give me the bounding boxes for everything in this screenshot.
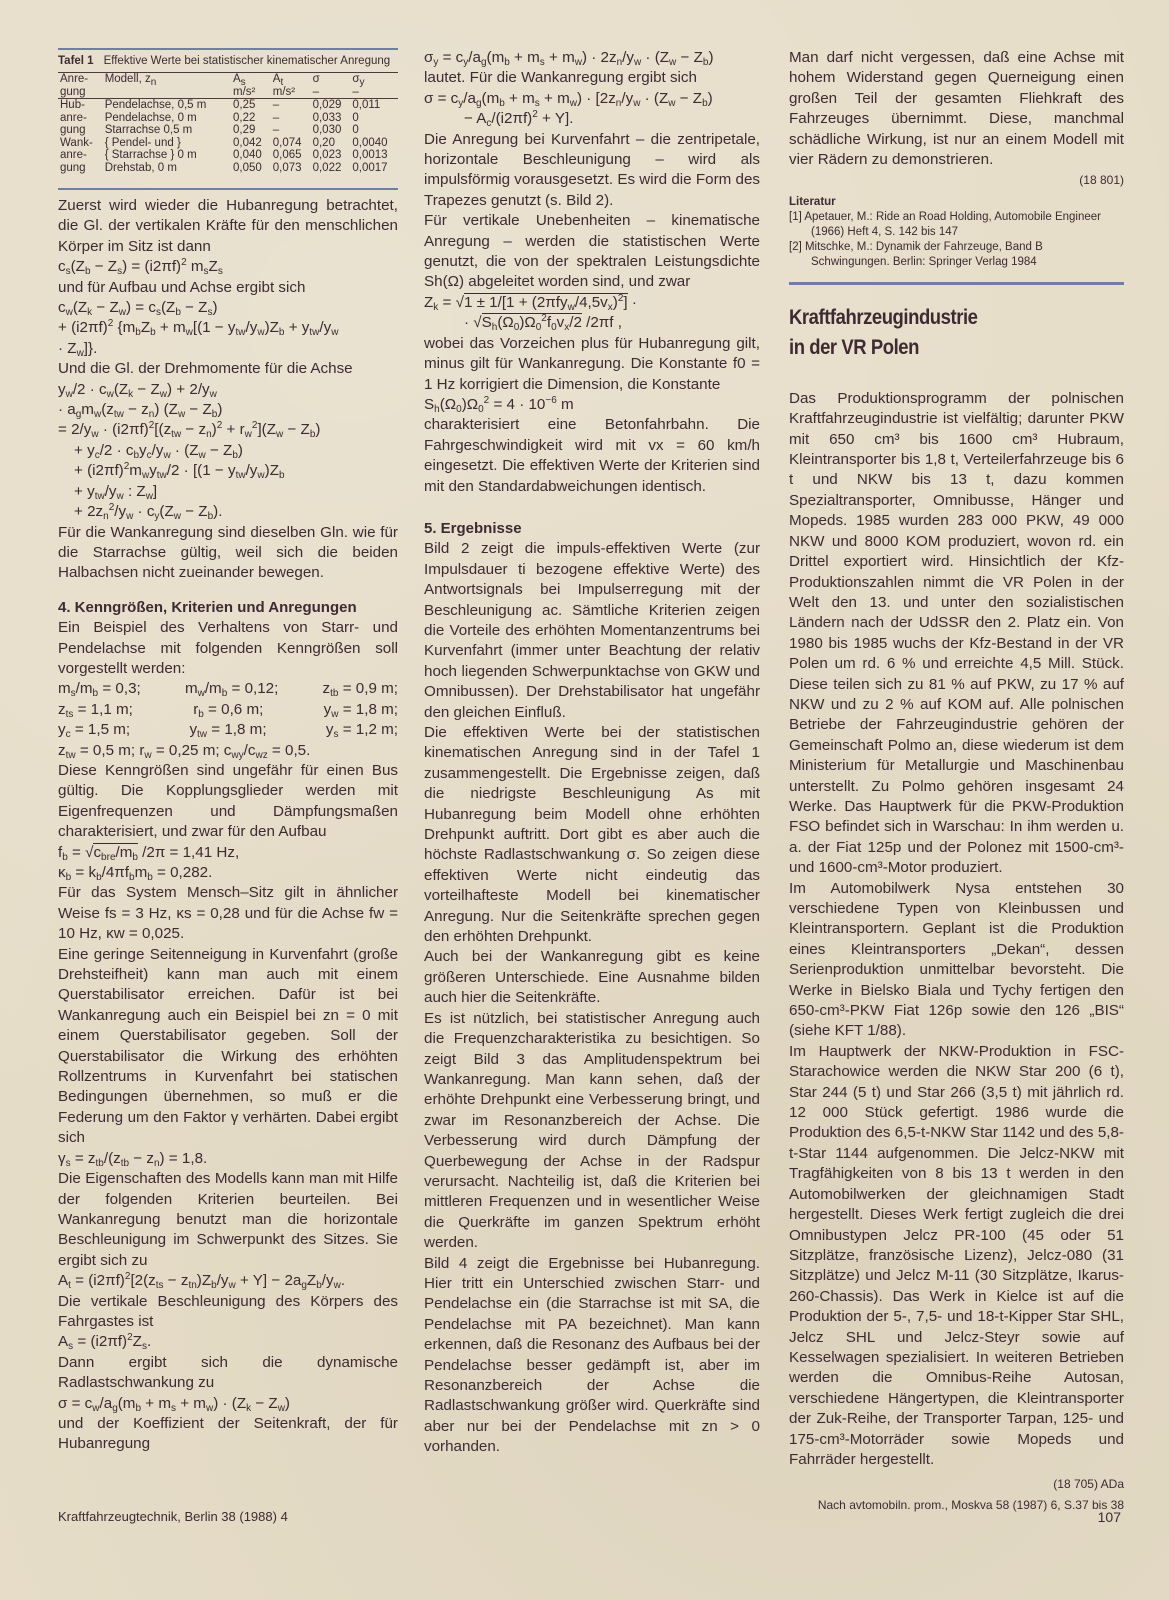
equation: · agmw(ztw − zn) (Zw − Zb) xyxy=(58,400,398,420)
paragraph: und der Koeffizient der Seitenkraft, der… xyxy=(58,1414,398,1455)
equation: At = (i2πf)2[2(zts − ztn)Zb/yw + Y] − 2a… xyxy=(58,1271,398,1291)
column-2: σy = cy/ag(mb + ms + mw) · 2zn/yw · (Zw … xyxy=(424,48,760,1458)
equation: Zk = √1 ± 1/[1 + (2πfyw/4,5vx)2] · xyxy=(424,293,760,313)
equation: · Zw]}. xyxy=(58,339,398,359)
equation: − Ac/(i2πf)2 + Y]. xyxy=(424,109,760,129)
paragraph: Die effektiven Werte bei der statistisch… xyxy=(424,723,760,947)
article-code: (18 801) xyxy=(789,170,1124,190)
paragraph: Dann ergibt sich die dynamische Radlasts… xyxy=(58,1353,398,1394)
paragraph: Auch bei der Wankanregung gibt es keine … xyxy=(424,947,760,1008)
equation: σ = cy/ag(mb + ms + mw) · [2zn/yw · (Zw … xyxy=(424,89,760,109)
paragraph: Die Anregung bei Kurvenfahrt – die zentr… xyxy=(424,130,760,212)
parameter-row: zts = 1,1 m;rb = 0,6 m;yw = 1,8 m; xyxy=(58,700,398,720)
article-headline: Kraftfahrzeugindustrie in der VR Polen xyxy=(789,303,1084,363)
paragraph: Bild 4 zeigt die Ergebnisse bei Hubanreg… xyxy=(424,1254,760,1458)
equation: cw(Zk − Zw) = cs(Zb − Zs) xyxy=(58,298,398,318)
parameter-row: ztw = 0,5 m; rw = 0,25 m; cwy/cwz = 0,5. xyxy=(58,741,398,761)
equation: κb = kb/4πfbmb = 0,282. xyxy=(58,863,398,883)
reference-item: [2] Mitschke, M.: Dynamik der Fahrzeuge,… xyxy=(789,240,1124,270)
paragraph: Für das System Mensch–Sitz gilt in ähnli… xyxy=(58,883,398,944)
table-row: Hub- Pendelachse, 0,5 m 0,25 – 0,029 0,0… xyxy=(58,99,398,112)
table-row: anre- { Starrachse } 0 m 0,040 0,065 0,0… xyxy=(58,149,398,162)
reference-item: [1] Apetauer, M.: Ride an Road Holding, … xyxy=(789,210,1124,240)
equation: σ = cw/ag(mb + ms + mw) · (Zk − Zw) xyxy=(58,1394,398,1414)
section-5-heading: 5. Ergebnisse xyxy=(424,519,760,539)
table-bottom-rule xyxy=(58,188,398,190)
paragraph: charakterisiert eine Betonfahrbahn. Die … xyxy=(424,415,760,497)
paragraph: Ein Beispiel des Verhaltens von Starr- u… xyxy=(58,618,398,679)
table-label: Tafel 1 xyxy=(58,54,94,68)
equation: + yc/2 · cbyc/yw · (Zw − Zb) xyxy=(58,441,398,461)
equation: · √Sh(Ω0)Ω02f0vx/2 /2πf , xyxy=(424,313,760,333)
equation: Sh(Ω0)Ω02 = 4 · 10−6 m xyxy=(424,395,760,415)
table-row: Wank- { Pendel- und } 0,042 0,074 0,20 0… xyxy=(58,137,398,150)
paragraph: Im Automobilwerk Nysa entstehen 30 versc… xyxy=(789,879,1124,1042)
equation: + (i2πf)2 {mbZb + mw[(1 − ytw/yw)Zb + yt… xyxy=(58,318,398,338)
paragraph: Für vertikale Unebenheiten – kinematisch… xyxy=(424,211,760,293)
references: Literatur [1] Apetauer, M.: Ride an Road… xyxy=(789,195,1124,270)
article-divider xyxy=(789,282,1124,285)
equation: + ytw/yw : Zw] xyxy=(58,482,398,502)
paragraph: lautet. Für die Wankanregung ergibt sich xyxy=(424,68,760,88)
paragraph: Zuerst wird wieder die Hubanregung betra… xyxy=(58,196,398,257)
table-row: anre- Pendelachse, 0 m 0,22 – 0,033 0 xyxy=(58,112,398,125)
journal-footer: Kraftfahrzeugtechnik, Berlin 38 (1988) 4 xyxy=(58,1509,288,1524)
paragraph: Bild 2 zeigt die impuls-effektiven Werte… xyxy=(424,539,760,723)
article-code: (18 705) ADa xyxy=(789,1474,1124,1494)
page-number: 107 xyxy=(1098,1509,1121,1525)
paragraph: Es ist nützlich, bei statistischer Anreg… xyxy=(424,1009,760,1254)
parameter-row: ms/mb = 0,3;mw/mb = 0,12;ztb = 0,9 m; xyxy=(58,679,398,699)
paragraph: wobei das Vorzeichen plus für Hubanregun… xyxy=(424,334,760,395)
equation: σy = cy/ag(mb + ms + mw) · 2zn/yw · (Zw … xyxy=(424,48,760,68)
equation: = 2/yw · (i2πf)2[(ztw − zn)2 + rw2](Zw −… xyxy=(58,420,398,440)
section-4-heading: 4. Kenngrößen, Kriterien und Anregungen xyxy=(58,598,398,618)
references-title: Literatur xyxy=(789,195,1124,210)
paragraph: Und die Gl. der Drehmomente für die Achs… xyxy=(58,359,398,379)
paragraph: Für die Wankanregung sind dieselben Gln.… xyxy=(58,523,398,584)
source-citation: Nach avtomobiln. prom., Moskva 58 (1987)… xyxy=(789,1495,1124,1515)
paragraph: Die Eigenschaften des Modells kann man m… xyxy=(58,1169,398,1271)
column-3: Man darf nicht vergessen, daß eine Achse… xyxy=(789,48,1124,1515)
paragraph: Im Hauptwerk der NKW-Produktion in FSC-S… xyxy=(789,1042,1124,1471)
equation: As = (i2πf)2Zs. xyxy=(58,1332,398,1352)
equation: fb = √cbre/mb /2π = 1,41 Hz, xyxy=(58,843,398,863)
equation: + 2zn2/yw · cy(Zw − Zb). xyxy=(58,502,398,522)
table-row: gung Drehstab, 0 m 0,050 0,073 0,022 0,0… xyxy=(58,162,398,175)
table-title: Effektive Werte bei statistischer kinema… xyxy=(104,54,391,68)
equation: + (i2πf)2mwytw/2 · [(1 − ytw/yw)Zb xyxy=(58,461,398,481)
equation: cs(Zb − Zs) = (i2πf)2 msZs xyxy=(58,257,398,277)
parameter-row: yc = 1,5 m;ytw = 1,8 m;ys = 1,2 m; xyxy=(58,720,398,740)
equation: γs = ztb/(ztb − zn) = 1,8. xyxy=(58,1149,398,1169)
table-caption: Tafel 1 Effektive Werte bei statistische… xyxy=(58,50,398,72)
paragraph: Man darf nicht vergessen, daß eine Achse… xyxy=(789,48,1124,170)
table-1: Anre-gung Modell, zn Asm/s² Atm/s² σ– σy… xyxy=(58,73,398,174)
paragraph: Das Produktionsprogramm der polnischen K… xyxy=(789,389,1124,879)
column-1: Tafel 1 Effektive Werte bei statistische… xyxy=(58,48,398,1455)
paragraph: Diese Kenngrößen sind ungefähr für einen… xyxy=(58,761,398,843)
paragraph: Die vertikale Beschleunigung des Körpers… xyxy=(58,1292,398,1333)
table-row: gung Starrachse 0,5 m 0,29 – 0,030 0 xyxy=(58,124,398,137)
equation: yw/2 · cw(Zk − Zw) + 2/yw xyxy=(58,380,398,400)
table-header: Anre-gung Modell, zn Asm/s² Atm/s² σ– σy… xyxy=(58,73,398,99)
paragraph: Eine geringe Seitenneigung in Kurvenfahr… xyxy=(58,945,398,1149)
paragraph: und für Aufbau und Achse ergibt sich xyxy=(58,278,398,298)
